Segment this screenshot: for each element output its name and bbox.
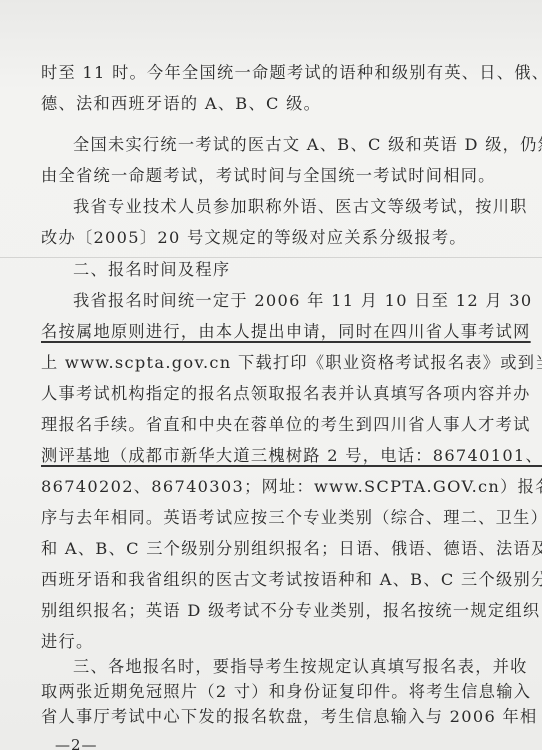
text-line: 测评基地（成都市新华大道三槐树路 2 号，电话：86740101、 — [41, 446, 542, 466]
text-line: 理报名手续。省直和中央在蓉单位的考生到四川省人事人才考试 — [41, 415, 531, 435]
document-page: 时至 11 时。今年全国统一命题考试的语种和级别有英、日、俄、 德、法和西班牙语… — [0, 0, 542, 750]
text-line: 我省报名时间统一定于 2006 年 11 月 10 日至 12 月 30 日。报 — [73, 291, 542, 311]
text-line: 全国未实行统一考试的医古文 A、B、C 级和英语 D 级，仍然 — [73, 135, 542, 155]
text-line: 德、法和西班牙语的 A、B、C 级。 — [41, 94, 321, 114]
page-number: —2— — [55, 736, 98, 750]
section-heading: 二、报名时间及程序 — [73, 260, 230, 280]
section-heading: 三、各地报名时，要指导考生按规定认真填写报名表，并收 — [73, 657, 528, 677]
text-line: 我省专业技术人员参加职称外语、医古文等级考试，按川职 — [73, 197, 528, 217]
text-line: 省人事厅考试中心下发的报名软盘，考生信息输入与 2006 年相 — [41, 707, 537, 727]
scan-artifact-line — [0, 257, 542, 258]
text-line: 序与去年相同。英语考试应按三个专业类别（综合、理二、卫生） — [41, 508, 542, 528]
text-line: 进行。 — [41, 632, 93, 652]
text-line: 人事考试机构指定的报名点领取报名表并认真填写各项内容并办 — [41, 384, 531, 404]
text-line: 由全省统一命题考试，考试时间与全国统一考试时间相同。 — [41, 166, 496, 186]
text-line: 时至 11 时。今年全国统一命题考试的语种和级别有英、日、俄、 — [41, 63, 542, 83]
text-line: 西班牙语和我省组织的医古文考试按语种和 A、B、C 三个级别分 — [41, 570, 542, 590]
text-line: 上 www.scpta.gov.cn 下载打印《职业资格考试报名表》或到当地 — [41, 353, 542, 373]
text-line: 和 A、B、C 三个级别分别组织报名；日语、俄语、德语、法语及 — [41, 539, 542, 559]
text-line: 别组织报名；英语 D 级考试不分专业类别，报名按统一规定组织 — [41, 601, 540, 621]
text-line: 取两张近期免冠照片（2 寸）和身份证复印件。将考生信息输入 — [41, 682, 531, 702]
text-line: 改办〔2005〕20 号文规定的等级对应关系分级报考。 — [41, 228, 467, 248]
text-line: 86740202、86740303；网址：www.SCPTA.GOV.cn）报名… — [41, 477, 542, 497]
text-line: 名按属地原则进行，由本人提出申请，同时在四川省人事考试网 — [41, 322, 531, 342]
